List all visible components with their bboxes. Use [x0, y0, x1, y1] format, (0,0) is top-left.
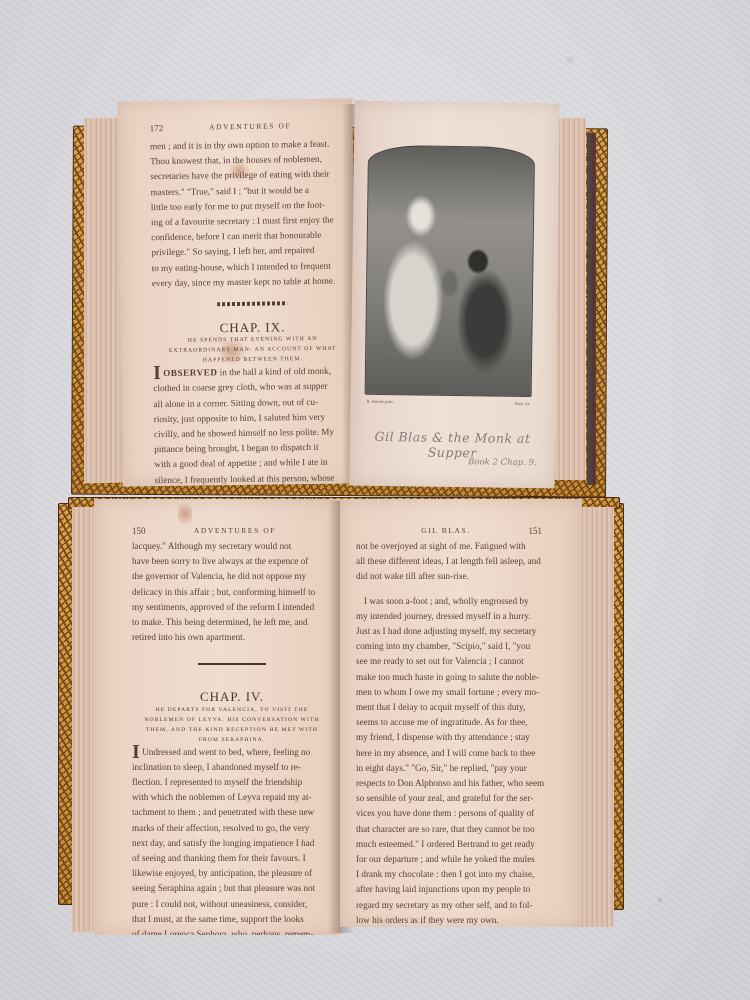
first-word: OBSERVED — [163, 368, 217, 379]
text-line: I was soon a-foot ; and, wholly engrosse… — [356, 594, 550, 609]
text-line: low his orders as if they were my own. — [356, 913, 550, 927]
top-book-plate-page: R. Smirke pinx. Engr. by Gil Blas & the … — [349, 101, 559, 489]
text-line: all these different ideas, I at length f… — [356, 554, 550, 569]
text-line: regard my secretary as my other self, an… — [356, 898, 550, 913]
text-line: I Undressed and went to bed, where, feel… — [132, 745, 332, 760]
text-line: men to whom I owe my small fortune ; eve… — [356, 685, 550, 700]
plate-reference: Book 2 Chap. 9. — [468, 457, 537, 468]
text-line: have been sorry to live always at the ex… — [132, 554, 332, 569]
text-line: retired into his own apartment. — [132, 630, 332, 645]
text-column: men ; and it is in thy own option to mak… — [150, 136, 356, 486]
text-line: did not wake till after sun-rise. — [356, 569, 550, 584]
chapter-title: CHAP. IV. — [132, 689, 332, 704]
chapter-summary: HE SPENDS THAT EVENING WITH AN EXTRAORDI… — [153, 334, 353, 367]
text-line: flection. I represented to myself the fr… — [132, 775, 332, 790]
text-line: in eight days." "Go, Sir," he replied, "… — [356, 761, 550, 776]
text-line: not be overjoyed at sight of me. Fatigue… — [356, 539, 550, 554]
text-line: seeing Seraphina again ; but that pleasu… — [132, 881, 332, 896]
plate-caption: Gil Blas & the Monk at Supper — [350, 429, 555, 462]
text-line: seems to accuse me of ingratitude. As fo… — [356, 715, 550, 730]
text-line: here in my absence, and I will come back… — [356, 746, 550, 761]
text-line: lacquey." Although my secretary would no… — [132, 539, 332, 554]
text-line: of seeing and thanking them for their fa… — [132, 851, 332, 866]
text-line: marks of their affection, resolved to go… — [132, 821, 332, 836]
text-line: much esteemed." I ordered Bertrand to ge… — [356, 837, 550, 852]
text-fragment: in the hall a kind of old monk, — [220, 366, 331, 378]
text-column: not be overjoyed at sight of me. Fatigue… — [356, 539, 550, 927]
text-line: for our departure ; and while he yoked t… — [356, 852, 550, 867]
text-fragment: Undressed and went to bed, where, feelin… — [142, 747, 310, 757]
text-line: vices you have done them : persons of qu… — [356, 806, 550, 821]
engraving-monk-and-gil-blas — [365, 145, 535, 397]
text-line: likewise enjoyed, by anticipation, the p… — [132, 866, 332, 881]
text-line: delicacy in this affair ; but, conformin… — [132, 585, 332, 600]
text-line: so sensible of your zeal, and grateful f… — [356, 791, 550, 806]
chapter-summary: HE DEPARTS FOR VALENCIA, TO VISIT THE NO… — [132, 705, 332, 745]
bottom-book-page-151: GIL BLAS. 151 not be overjoyed at sight … — [340, 499, 582, 927]
text-column: lacquey." Although my secretary would no… — [132, 539, 332, 935]
text-line: my intended journey, dressed myself in a… — [356, 609, 550, 624]
text-line: coming into my chamber, "Scipio," said I… — [356, 639, 550, 654]
running-title: ADVENTURES OF — [148, 120, 353, 132]
text-line: see me ready to set out for Valencia ; I… — [356, 654, 550, 669]
bottom-book-right-fore-edge — [580, 507, 614, 927]
bottom-book: 150 ADVENTURES OF lacquey." Although my … — [58, 495, 628, 945]
text-line: with which the noblemen of Leyva repaid … — [132, 790, 332, 805]
top-book-page-172: 172 ADVENTURES OF men ; and it is in thy… — [117, 98, 357, 486]
text-line: I drank my chocolate : then I got into m… — [356, 867, 550, 882]
text-line: my friend, I dispense with thy attendanc… — [356, 730, 550, 745]
text-line: my sentiments, approved of the reform I … — [132, 600, 332, 615]
running-title: ADVENTURES OF — [130, 526, 340, 535]
text-line: secretaries have the privilege of eating… — [150, 167, 350, 185]
engraver-credit: Engr. by — [514, 401, 529, 406]
text-line: clothed in coarse grey cloth, who was at… — [153, 379, 353, 397]
top-book-marbled-endboard-right — [587, 133, 596, 485]
running-title: GIL BLAS. — [340, 526, 552, 535]
artist-credit: R. Smirke pinx. — [366, 399, 394, 404]
text-line: to make. This being determined, he left … — [132, 615, 332, 630]
text-line: ment that I delay to acquit myself of th… — [356, 700, 550, 715]
text-line: the governor of Valencia, he did not opp… — [132, 569, 332, 584]
running-head: 172 ADVENTURES OF — [118, 120, 353, 123]
bottom-book-page-150: 150 ADVENTURES OF lacquey." Although my … — [94, 499, 340, 935]
text-line: tachment to them ; and penetrated with t… — [132, 805, 332, 820]
text-line: respects to Don Alphonso and his father,… — [356, 776, 550, 791]
top-book: 172 ADVENTURES OF men ; and it is in thy… — [72, 100, 607, 498]
text-line: next day, and satisfy the longing impati… — [132, 836, 332, 851]
text-line: pure : I could not, without uneasiness, … — [132, 897, 332, 912]
text-line: inclination to sleep, I abandoned myself… — [132, 760, 332, 775]
text-line: every day, since my master kept no table… — [152, 273, 352, 291]
text-line: Just as I had done adjusting myself, my … — [356, 624, 550, 639]
foxing-stain — [178, 499, 192, 529]
text-line: make too much haste in going to salute t… — [356, 670, 550, 685]
page-number: 151 — [529, 526, 543, 536]
text-line: of dame Lorença Sephora, who, perhaps, r… — [132, 927, 332, 935]
text-line: after having laid injunctions upon my pe… — [356, 882, 550, 897]
text-line: civilly, and he showed himself no less p… — [154, 424, 354, 442]
text-line: that I must, at the same time, support t… — [132, 912, 332, 927]
text-line: that character are so rare, that they ca… — [356, 822, 550, 837]
